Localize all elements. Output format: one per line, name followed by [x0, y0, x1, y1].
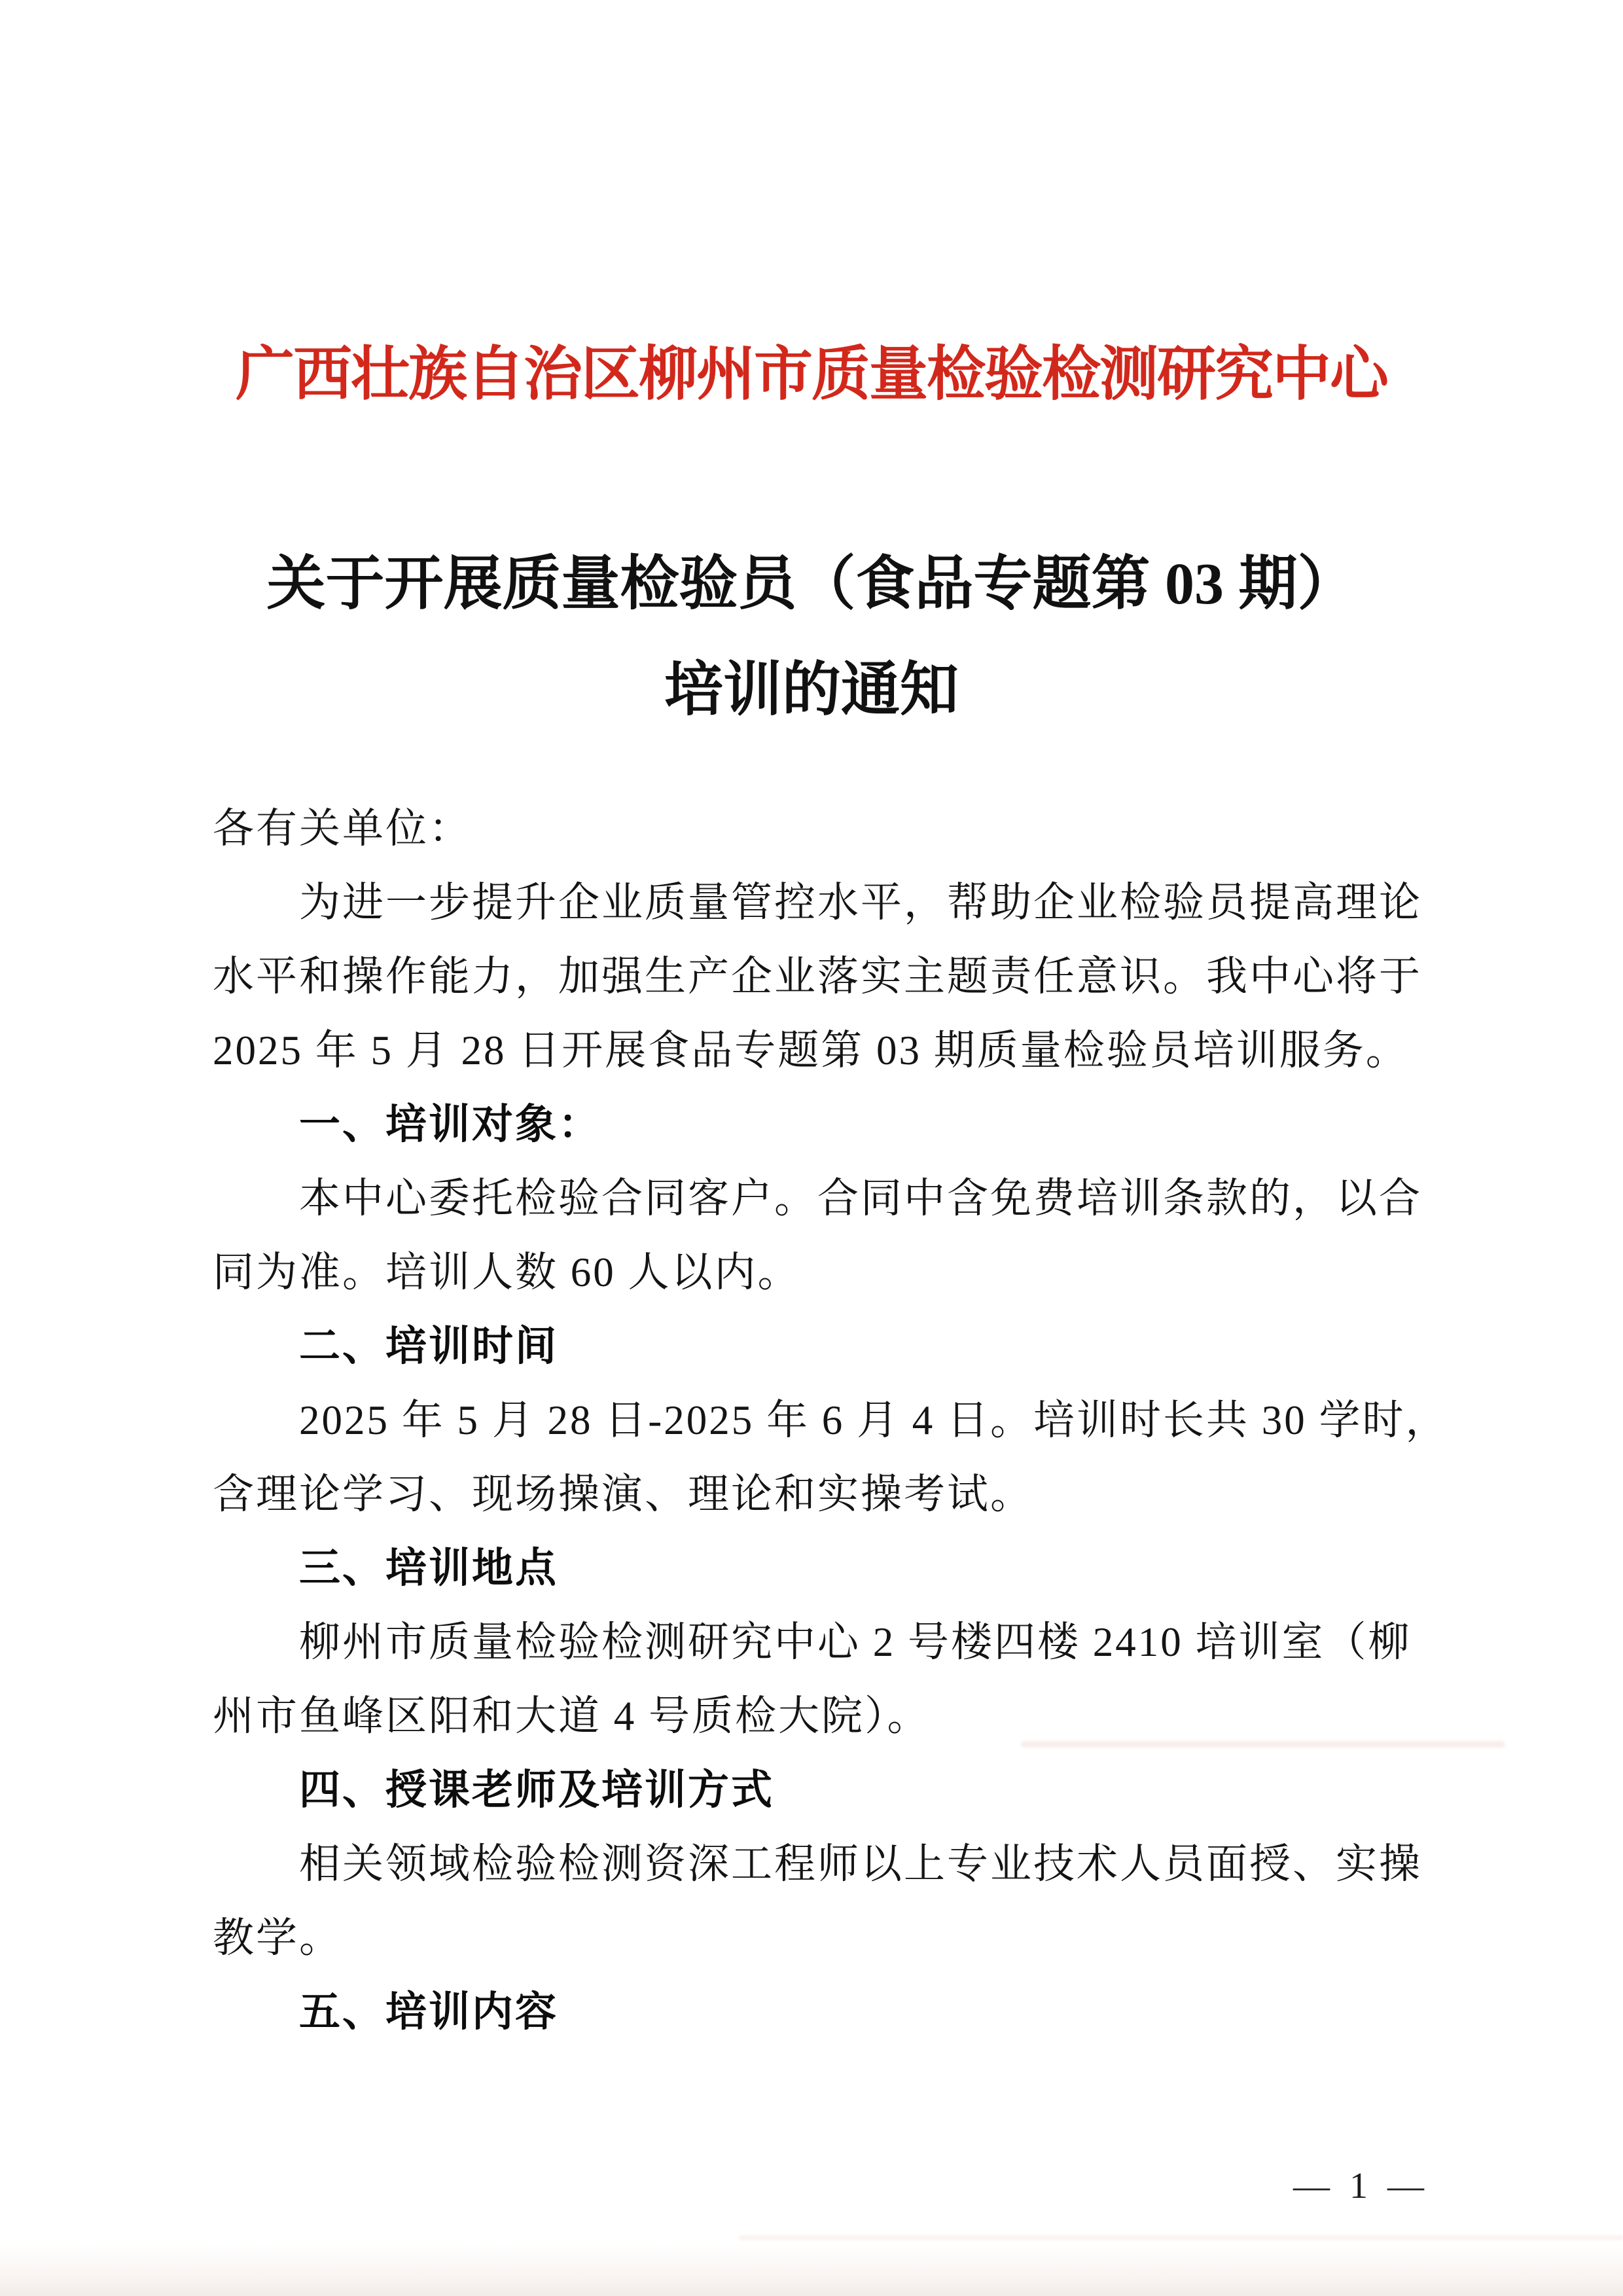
paragraph-line: 相关领域检验检测资深工程师以上专业技术人员面授、实操 — [213, 1827, 1430, 1901]
section-heading-training-content: 五、培训内容 — [213, 1975, 1430, 2049]
section-heading-teachers-method: 四、授课老师及培训方式 — [213, 1753, 1430, 1827]
paragraph-line: 州市鱼峰区阳和大道 4 号质检大院）。 — [213, 1679, 1430, 1753]
scan-artifact-streak — [740, 2235, 1623, 2240]
document-body: 各有关单位： 为进一步提升企业质量管控水平，帮助企业检验员提高理论 水平和操作能… — [213, 792, 1430, 2049]
paragraph-line: 水平和操作能力，加强生产企业落实主题责任意识。我中心将于 — [213, 940, 1430, 1014]
paragraph-line: 同为准。培训人数 60 人以内。 — [213, 1236, 1430, 1310]
paragraph-line: 柳州市质量检验检测研究中心 2 号楼四楼 2410 培训室（柳 — [213, 1605, 1430, 1679]
scanned-notice-page: 广西壮族自治区柳州市质量检验检测研究中心 关于开展质量检验员（食品专题第 03 … — [0, 0, 1623, 2296]
paragraph-line: 本中心委托检验合同客户。合同中含免费培训条款的，以合 — [213, 1162, 1430, 1236]
document-title-line-1: 关于开展质量检验员（食品专题第 03 期） — [0, 531, 1623, 637]
document-title: 关于开展质量检验员（食品专题第 03 期） 培训的通知 — [0, 531, 1623, 744]
section-heading-training-target: 一、培训对象： — [213, 1088, 1430, 1162]
section-heading-training-location: 三、培训地点 — [213, 1532, 1430, 1605]
salutation-line: 各有关单位： — [213, 792, 1430, 866]
paragraph-line: 2025 年 5 月 28 日-2025 年 6 月 4 日。培训时长共 30 … — [213, 1384, 1430, 1458]
paragraph-line: 教学。 — [213, 1901, 1430, 1975]
paragraph-line: 2025 年 5 月 28 日开展食品专题第 03 期质量检验员培训服务。 — [213, 1014, 1430, 1088]
scan-artifact-bottom-edge — [0, 2244, 1623, 2296]
page-number: — 1 — — [1293, 2165, 1429, 2207]
paragraph-line: 为进一步提升企业质量管控水平，帮助企业检验员提高理论 — [213, 866, 1430, 940]
document-title-line-2: 培训的通知 — [0, 637, 1623, 744]
section-heading-training-time: 二、培训时间 — [213, 1310, 1430, 1384]
org-name-header: 广西壮族自治区柳州市质量检验检测研究中心 — [0, 326, 1623, 411]
paragraph-line: 含理论学习、现场操演、理论和实操考试。 — [213, 1458, 1430, 1532]
